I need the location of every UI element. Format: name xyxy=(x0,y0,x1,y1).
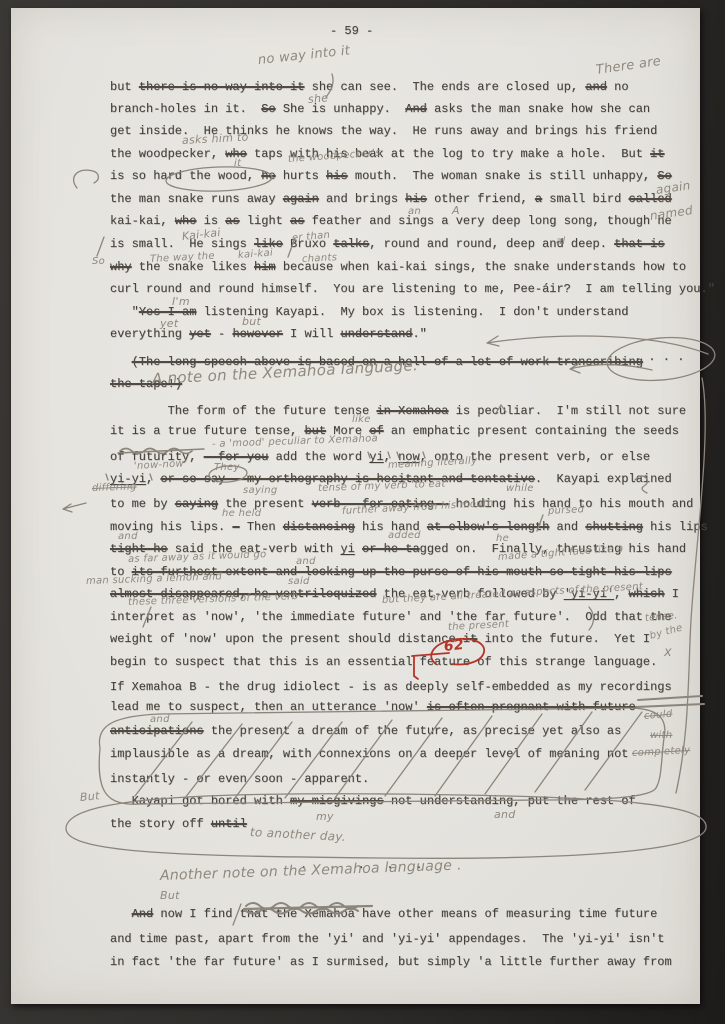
struck-text: he xyxy=(261,169,275,183)
typed-text: his lips xyxy=(643,520,708,534)
typed-line: lead me to suspect, then an utterance 'n… xyxy=(110,700,636,714)
typed-line: weight of 'now' upon the present should … xyxy=(110,632,650,646)
typed-line: Kayapi got bored with my misgivings not … xyxy=(110,794,636,808)
typed-text: asks the man snake how she can xyxy=(427,102,650,116)
struck-text: why xyxy=(110,260,132,274)
typed-text: listening Kayapi. My box is listening. I… xyxy=(196,305,628,319)
handwritten-note: and xyxy=(118,531,138,542)
struck-text: his xyxy=(326,169,348,183)
typed-text xyxy=(110,355,132,369)
struck-text: his xyxy=(405,192,427,206)
typed-line: in fact 'the far future' as I surmised, … xyxy=(110,955,672,969)
struck-text: it xyxy=(463,632,477,646)
typed-line: everything yet - however I will understa… xyxy=(110,327,427,341)
typed-text: the man snake runs away xyxy=(110,192,283,206)
typed-text: other friend, xyxy=(427,192,535,206)
typed-text: I will xyxy=(283,327,341,341)
struck-text: saying xyxy=(175,497,218,511)
red-ink-note: 62 xyxy=(443,637,465,655)
handwritten-note: yet xyxy=(160,317,179,330)
struck-text: So xyxy=(261,102,275,116)
typed-line: And now I find that the Xemahoa have oth… xyxy=(110,907,657,921)
typed-text: I xyxy=(665,587,679,601)
handwritten-note: an xyxy=(408,206,421,217)
struck-text: And xyxy=(405,102,427,116)
handwritten-note: my xyxy=(316,810,334,823)
typed-line: The form of the future tense in Xemahoa … xyxy=(110,404,686,418)
handwritten-note: he xyxy=(496,533,509,544)
typed-text xyxy=(110,907,132,921)
struck-text: understand xyxy=(340,327,412,341)
typed-line: If Xemahoa B - the drug idiolect - is as… xyxy=(110,680,672,694)
struck-text: him xyxy=(254,260,276,274)
struck-text: distancing xyxy=(283,520,355,534)
typed-text: She is unhappy. xyxy=(276,102,406,116)
struck-text: as xyxy=(225,214,239,228)
typed-text: interpret as 'now', 'the immediate futur… xyxy=(110,610,672,624)
struck-text: in Xemahoa xyxy=(376,404,448,418)
typed-text: no xyxy=(607,80,629,94)
typed-line: the woodpecker, who taps with his beak a… xyxy=(110,147,665,161)
typed-line: curl round and round himself. You are li… xyxy=(110,282,715,296)
page-number-header: - 59 - xyxy=(330,24,373,38)
struck-text: that is xyxy=(614,237,664,251)
handwritten-note: They xyxy=(214,462,240,473)
struck-text: shutting xyxy=(585,520,643,534)
typed-text: branch-holes in it. xyxy=(110,102,261,116)
handwritten-note: A xyxy=(452,204,460,217)
typed-text: . Kayapi explained xyxy=(535,472,672,486)
typed-text: begin to suspect that this is an essenti… xyxy=(110,655,657,669)
typed-text: small bird xyxy=(542,192,628,206)
typed-text: " xyxy=(110,305,139,319)
typed-line: the story off until xyxy=(110,817,247,831)
handwritten-note: But xyxy=(160,889,180,902)
struck-text: anticipations xyxy=(110,724,204,738)
handwritten-note: I'm xyxy=(172,295,190,308)
typed-line: branch-holes in it. So She is unhappy. A… xyxy=(110,102,650,116)
struck-text: talks xyxy=(333,237,369,251)
struck-text: and xyxy=(585,80,607,94)
handwritten-note: pursed xyxy=(548,504,585,517)
typed-text: in fact 'the far future' as I surmised, … xyxy=(110,955,672,969)
handwritten-note: he held xyxy=(222,508,261,519)
typed-text: the woodpecker, xyxy=(110,147,225,161)
typed-text: the story off xyxy=(110,817,211,831)
handwritten-note: differing xyxy=(92,481,137,494)
typed-line: begin to suspect that this is an essenti… xyxy=(110,655,657,669)
typed-text: but xyxy=(110,80,139,94)
handwritten-note: chants xyxy=(302,252,338,265)
struck-text: who xyxy=(175,214,197,228)
handwritten-note: al xyxy=(556,236,566,247)
typed-text: If Xemahoa B - the drug idiolect - is as… xyxy=(110,680,672,694)
struck-text: yet xyxy=(189,327,211,341)
typed-text: instantly - or even soon - apparent. xyxy=(110,772,369,786)
struck-text: - xyxy=(232,520,239,534)
typed-text: implausible as a dream, with connexions … xyxy=(110,747,628,761)
typed-line: and time past, apart from the 'yi' and '… xyxy=(110,932,665,946)
handwritten-note: while xyxy=(506,483,534,494)
handwritten-note: like xyxy=(352,414,371,425)
typed-text: and brings xyxy=(319,192,405,206)
typed-text: and time past, apart from the 'yi' and '… xyxy=(110,932,665,946)
handwritten-note: saying xyxy=(243,485,278,496)
typed-text: yi xyxy=(369,450,383,464)
handwritten-note: and xyxy=(150,714,170,725)
handwritten-note: she xyxy=(307,91,328,106)
typed-text: ." xyxy=(412,327,426,341)
typed-text: yi xyxy=(340,542,354,556)
struck-text: again xyxy=(283,192,319,206)
typed-text: feather and sings a very deep long song,… xyxy=(304,214,671,228)
typed-text: she can see. The ends are closed up, xyxy=(304,80,585,94)
typed-line: but there is no way into it she can see.… xyxy=(110,80,629,94)
struck-text: at elbow's length xyxy=(427,520,549,534)
typed-text: The form of the future tense xyxy=(110,404,376,418)
struck-text: And xyxy=(132,907,154,921)
typed-line: of futurity, - for you add the word yi, … xyxy=(110,450,650,464)
typed-text: add the word xyxy=(268,450,369,464)
handwritten-note: and xyxy=(494,808,516,821)
handwritten-note: it xyxy=(234,158,241,169)
manuscript-photo: - 59 - . . . . . . . . . but there is no… xyxy=(0,0,725,1024)
typed-text: Kayapi got bored with xyxy=(110,794,290,808)
typed-text: is so hard the wood, xyxy=(110,169,261,183)
handwritten-note: with xyxy=(650,730,672,741)
typed-text: now I find that the Xemahoa have other m… xyxy=(153,907,657,921)
typed-text: the present a dream of the future, as pr… xyxy=(204,724,622,738)
typed-line: the man snake runs away again and brings… xyxy=(110,192,672,206)
typed-line: it is a true future tense, but More of a… xyxy=(110,424,679,438)
typed-text: kai-kai, xyxy=(110,214,175,228)
typed-text: Then xyxy=(240,520,283,534)
typed-text: not understanding, put the rest of xyxy=(384,794,636,808)
typed-text: hurts xyxy=(276,169,326,183)
struck-text: it xyxy=(650,147,664,161)
typed-line: anticipations the present a dream of the… xyxy=(110,724,621,738)
handwritten-note: said xyxy=(288,576,310,587)
typed-text: and xyxy=(549,520,585,534)
typed-text: into the future. Yet I xyxy=(477,632,650,646)
struck-text: my misgivings xyxy=(290,794,384,808)
typed-text: an emphatic present containing the seeds xyxy=(384,424,679,438)
struck-text: is often pregnant with future xyxy=(427,700,636,714)
typed-text: curl round and round himself. You are li… xyxy=(110,282,715,296)
typed-text: light xyxy=(240,214,290,228)
handwritten-note: But xyxy=(79,789,100,804)
typed-text xyxy=(355,542,362,556)
handwritten-note: x xyxy=(664,645,672,660)
handwritten-note: So xyxy=(92,256,105,267)
typed-text: , xyxy=(146,472,160,486)
typed-line: is so hard the wood, he hurts his mouth.… xyxy=(110,169,672,183)
typed-line: kai-kai, who is as light as feather and … xyxy=(110,214,672,228)
typed-text: is peculiar. I'm still not sure xyxy=(448,404,686,418)
typed-line: interpret as 'now', 'the immediate futur… xyxy=(110,610,672,624)
typed-text: , round and round, deep and deep. xyxy=(369,237,614,251)
struck-text: as xyxy=(290,214,304,228)
handwritten-note: added xyxy=(388,530,421,541)
typed-text: to me by xyxy=(110,497,175,511)
typed-text: weight of 'now' upon the present should … xyxy=(110,632,463,646)
handwritten-note: and xyxy=(296,556,316,567)
struck-text: however xyxy=(232,327,282,341)
typed-text: - xyxy=(211,327,233,341)
typed-text: lead me to suspect, then an utterance 'n… xyxy=(110,700,427,714)
struck-text: until xyxy=(211,817,247,831)
typed-text: mouth. The woman snake is still unhappy, xyxy=(348,169,658,183)
struck-text: or he ta xyxy=(362,542,420,556)
typed-line: implausible as a dream, with connexions … xyxy=(110,747,628,761)
handwritten-note: but xyxy=(242,315,261,328)
typed-line: instantly - or even soon - apparent. xyxy=(110,772,369,786)
struck-text: there is no way into it xyxy=(139,80,305,94)
